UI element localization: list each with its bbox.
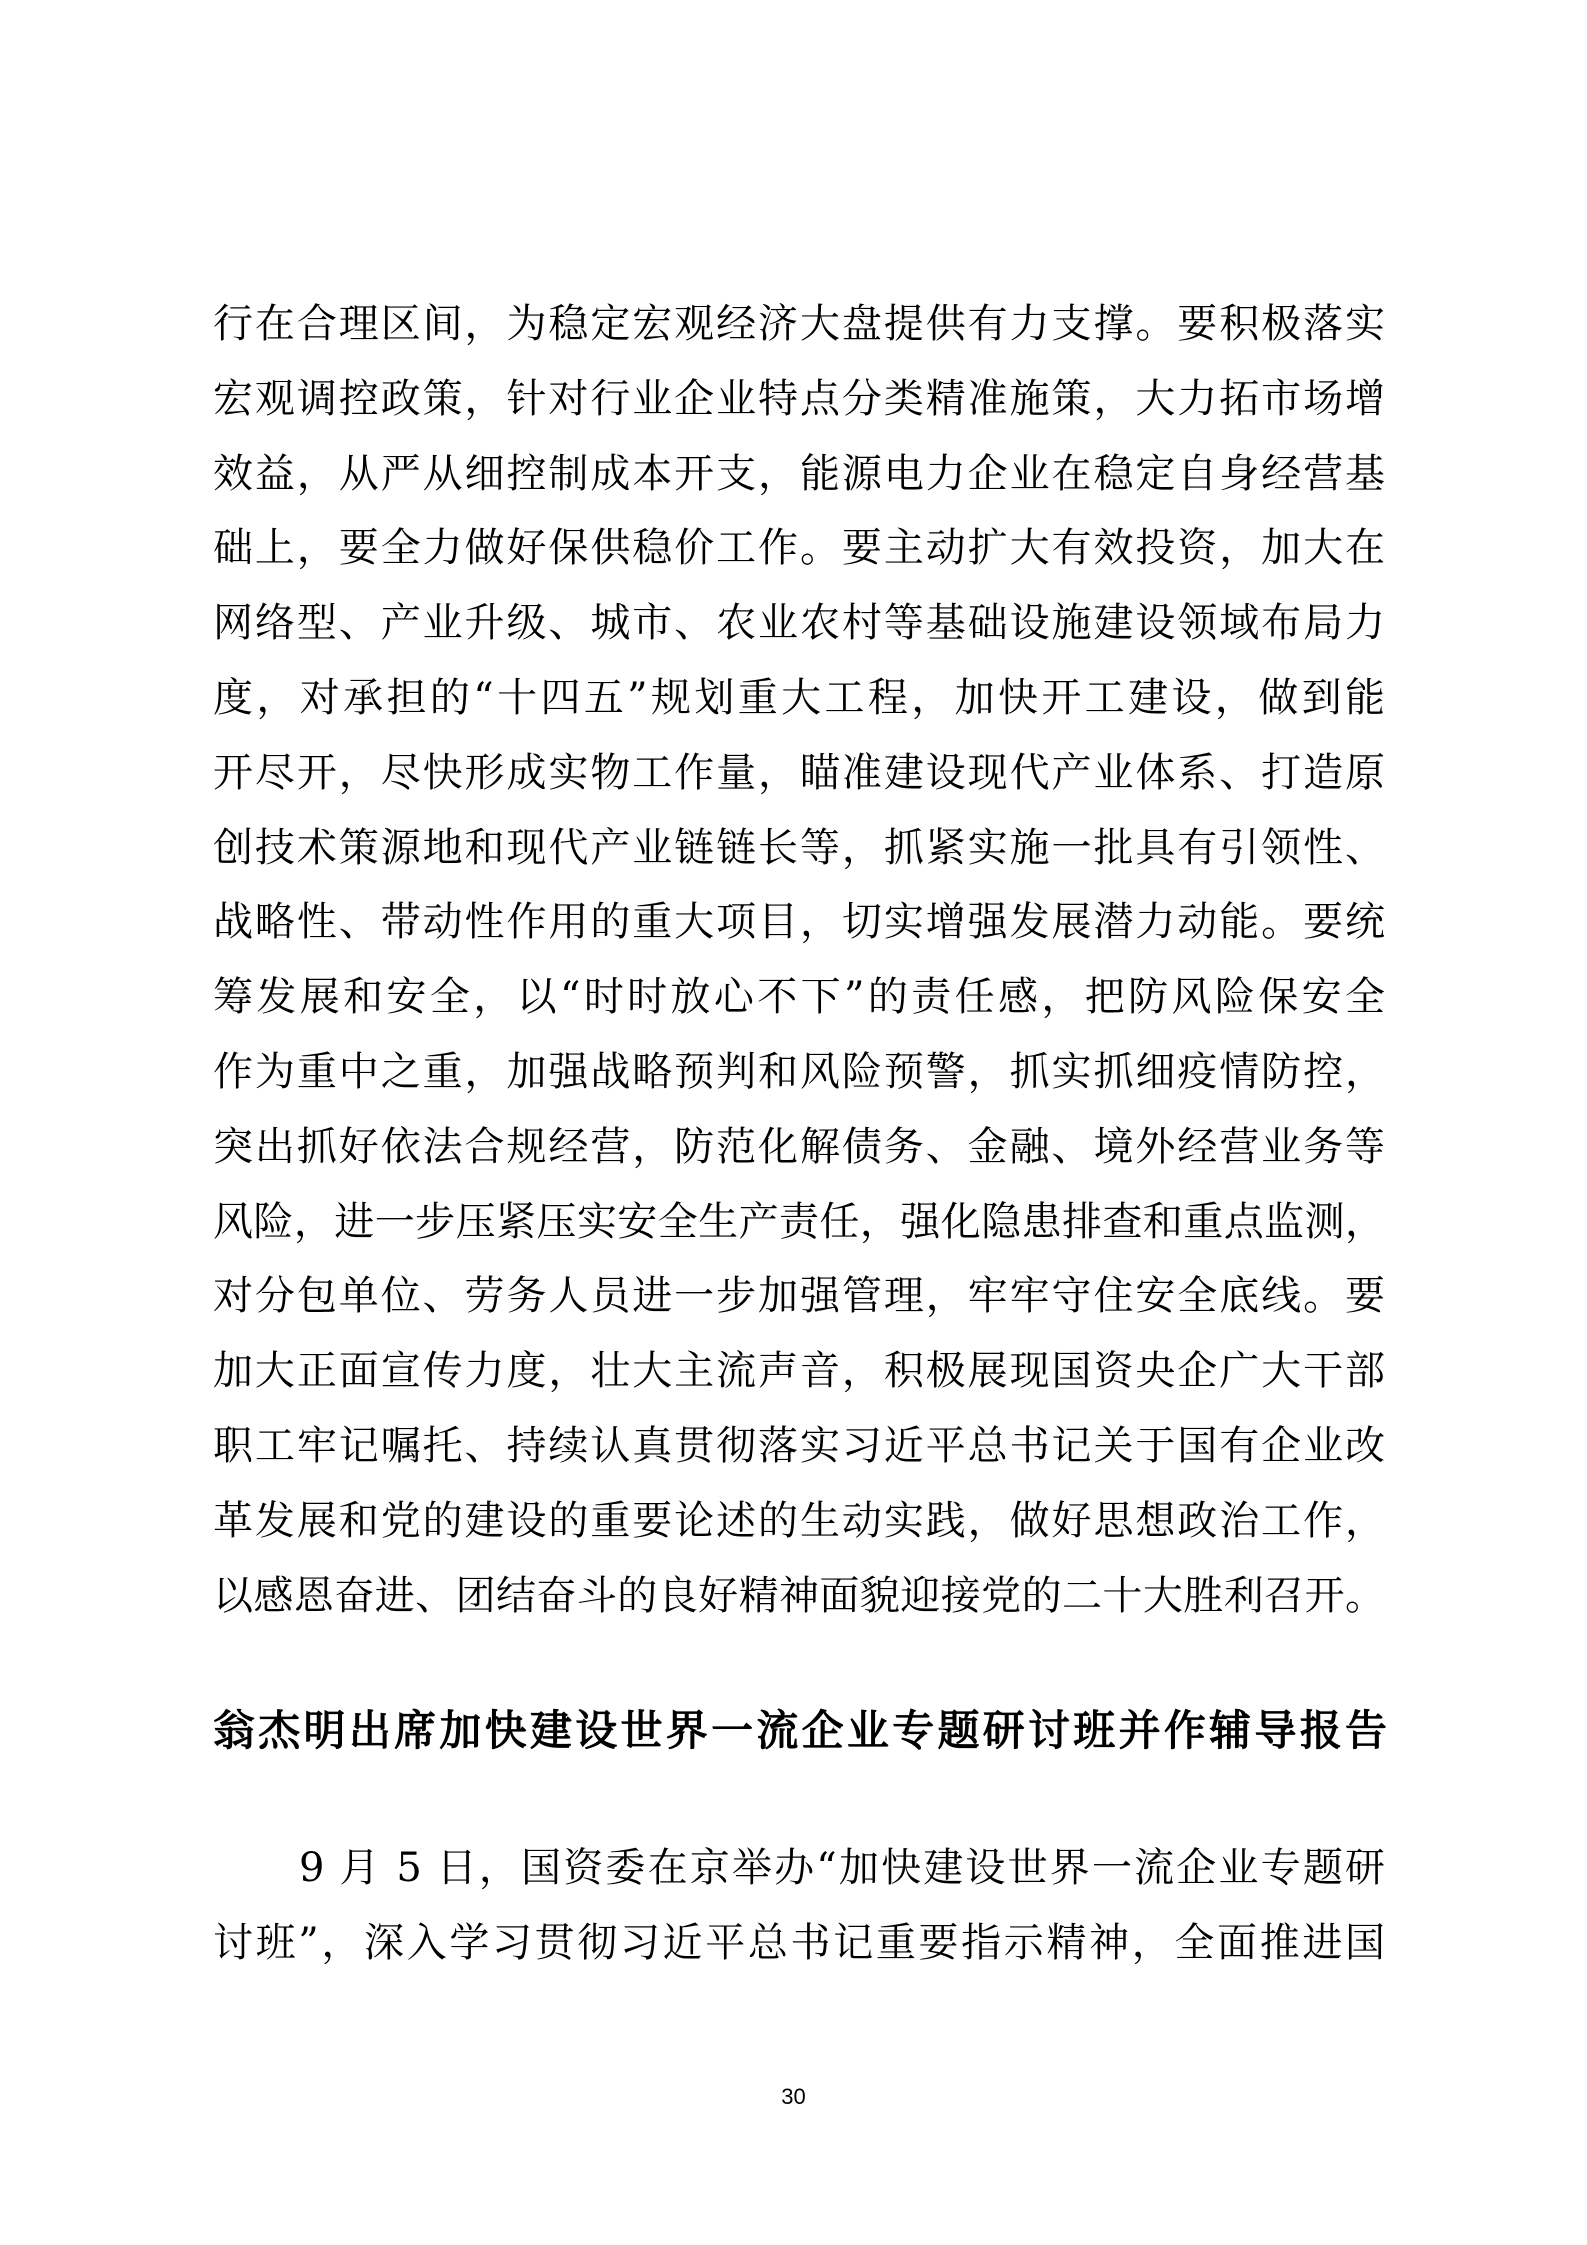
- new-paragraph: 9 月 5 日，国资委在京举办“加快建设世界一流企业专题研 讨班”，深入学习贯彻…: [213, 1831, 1385, 1981]
- paragraph-line: 以感恩奋进、团结奋斗的良好精神面貌迎接党的二十大胜利召开。: [213, 1559, 1385, 1634]
- paragraph-line: 加大正面宣传力度，壮大主流声音，积极展现国资央企广大干部: [213, 1334, 1385, 1409]
- paragraph-line: 网络型、产业升级、城市、农业农村等基础设施建设领域布局力: [213, 586, 1385, 661]
- paragraph-line: 创技术策源地和现代产业链链长等，抓紧实施一批具有引领性、: [213, 811, 1385, 886]
- continued-paragraph: 行在合理区间，为稳定宏观经济大盘提供有力支撑。要积极落实 宏观调控政策，针对行业…: [213, 287, 1385, 1633]
- section-heading: 翁杰明出席加快建设世界一流企业专题研讨班并作辅导报告: [213, 1700, 1385, 1762]
- paragraph-line: 行在合理区间，为稳定宏观经济大盘提供有力支撑。要积极落实: [213, 287, 1385, 362]
- paragraph-line: 宏观调控政策，针对行业企业特点分类精准施策，大力拓市场增: [213, 362, 1385, 437]
- paragraph-line: 础上，要全力做好保供稳价工作。要主动扩大有效投资，加大在: [213, 511, 1385, 586]
- paragraph-line: 筹发展和安全，以“时时放心不下”的责任感，把防风险保安全: [213, 960, 1385, 1035]
- paragraph-line: 突出抓好依法合规经营，防范化解债务、金融、境外经营业务等: [213, 1110, 1385, 1185]
- paragraph-line: 职工牢记嘱托、持续认真贯彻落实习近平总书记关于国有企业改: [213, 1409, 1385, 1484]
- paragraph-line: 风险，进一步压紧压实安全生产责任，强化隐患排查和重点监测，: [213, 1185, 1385, 1260]
- paragraph-line: 战略性、带动性作用的重大项目，切实增强发展潜力动能。要统: [213, 885, 1385, 960]
- paragraph-line: 革发展和党的建设的重要论述的生动实践，做好思想政治工作，: [213, 1484, 1385, 1559]
- paragraph-line: 度，对承担的“十四五”规划重大工程，加快开工建设，做到能: [213, 661, 1385, 736]
- page-number: 30: [0, 2082, 1587, 2112]
- paragraph-line: 讨班”，深入学习贯彻习近平总书记重要指示精神，全面推进国: [213, 1906, 1385, 1981]
- paragraph-line: 9 月 5 日，国资委在京举办“加快建设世界一流企业专题研: [213, 1831, 1385, 1906]
- paragraph-line: 开尽开，尽快形成实物工作量，瞄准建设现代产业体系、打造原: [213, 736, 1385, 811]
- paragraph-line: 作为重中之重，加强战略预判和风险预警，抓实抓细疫情防控，: [213, 1035, 1385, 1110]
- paragraph-line: 对分包单位、劳务人员进一步加强管理，牢牢守住安全底线。要: [213, 1259, 1385, 1334]
- document-page: 行在合理区间，为稳定宏观经济大盘提供有力支撑。要积极落实 宏观调控政策，针对行业…: [0, 0, 1587, 2245]
- paragraph-line: 效益，从严从细控制成本开支，能源电力企业在稳定自身经营基: [213, 437, 1385, 512]
